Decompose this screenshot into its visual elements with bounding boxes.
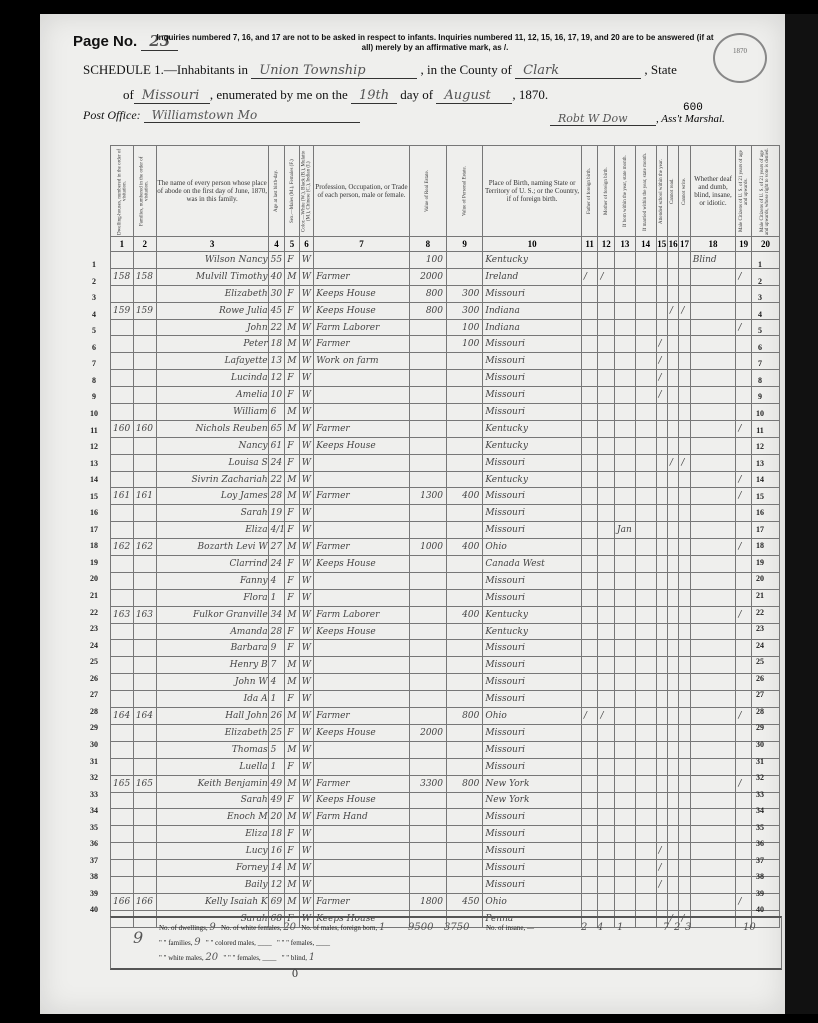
cell-real <box>409 792 446 809</box>
cell-real: 1800 <box>409 893 446 910</box>
cell-c18 <box>690 741 736 758</box>
cell-name: Keith Benjamin <box>156 775 268 792</box>
line-number: 39 <box>84 889 104 898</box>
cell-name: Henry B <box>156 657 268 674</box>
cell-pers <box>447 758 483 775</box>
cell-c17: / <box>679 454 690 471</box>
cell-c11 <box>581 488 598 505</box>
cell-c14 <box>635 826 656 843</box>
cell-name: Forney <box>156 860 268 877</box>
cell-pers <box>447 843 483 860</box>
cell-c17 <box>679 708 690 725</box>
cell-c14 <box>635 404 656 421</box>
cell-c18 <box>690 775 736 792</box>
cell-fam <box>133 437 156 454</box>
cell-c12 <box>598 809 615 826</box>
cell-c18 <box>690 319 736 336</box>
cell-fam <box>133 691 156 708</box>
cell-color: W <box>299 370 314 387</box>
cell-c17 <box>679 640 690 657</box>
line-number: 24 <box>750 641 770 650</box>
line-number: 31 <box>750 757 770 766</box>
cell-sex: F <box>285 285 300 302</box>
cell-pers: 800 <box>447 775 483 792</box>
cell-name: Elizabeth <box>156 724 268 741</box>
line-number: 17 <box>84 525 104 534</box>
cell-dw <box>111 471 134 488</box>
cell-real: 3300 <box>409 775 446 792</box>
cell-c14 <box>635 572 656 589</box>
line-number: 25 <box>84 657 104 666</box>
cell-sex: M <box>285 775 300 792</box>
cell-c16 <box>667 404 678 421</box>
cell-name: Hall John <box>156 708 268 725</box>
cell-sex: M <box>285 876 300 893</box>
column-number-4: 4 <box>268 237 285 252</box>
table-row: Fanny4FWMissouri <box>111 572 780 589</box>
column-header-2: Families, numbered in the order of visit… <box>133 146 156 237</box>
cell-color: W <box>299 674 314 691</box>
cell-c13 <box>615 876 636 893</box>
line-number: 28 <box>84 707 104 716</box>
cell-c15 <box>656 437 667 454</box>
cell-c13 <box>615 843 636 860</box>
cell-birth: Missouri <box>483 657 582 674</box>
cell-real <box>409 826 446 843</box>
cell-name: Lucinda <box>156 370 268 387</box>
column-header-1: Dwelling-houses, numbered in the order o… <box>111 146 134 237</box>
cell-c17 <box>679 370 690 387</box>
cell-fam: 165 <box>133 775 156 792</box>
line-number: 6 <box>750 343 770 352</box>
cell-c18: Blind <box>690 252 736 269</box>
cell-occ <box>314 589 409 606</box>
cell-fam <box>133 724 156 741</box>
table-row: 161161Loy James28MWFarmer1300400Missouri… <box>111 488 780 505</box>
cell-birth: Missouri <box>483 809 582 826</box>
cell-dw <box>111 353 134 370</box>
cell-birth: Missouri <box>483 876 582 893</box>
cell-c17 <box>679 843 690 860</box>
cell-age: 1 <box>268 691 285 708</box>
cell-fam <box>133 454 156 471</box>
cell-occ: Keeps House <box>314 792 409 809</box>
table-row: Barbara9FWMissouri <box>111 640 780 657</box>
cell-c14 <box>635 539 656 556</box>
column-header-10: Place of Birth, naming State or Territor… <box>483 146 582 237</box>
cell-occ: Keeps House <box>314 556 409 573</box>
cell-real <box>409 741 446 758</box>
cell-occ <box>314 860 409 877</box>
footer-mark: 0 <box>292 966 298 981</box>
cell-c18 <box>690 572 736 589</box>
table-row: Enoch M20MWFarm HandMissouri <box>111 809 780 826</box>
cell-c18 <box>690 471 736 488</box>
line-number: 38 <box>750 872 770 881</box>
cell-c13 <box>615 708 636 725</box>
table-row: Lucy16FWMissouri/ <box>111 843 780 860</box>
line-number: 14 <box>750 475 770 484</box>
cell-real <box>409 860 446 877</box>
cell-age: 27 <box>268 539 285 556</box>
cell-c16 <box>667 539 678 556</box>
cell-c12 <box>598 437 615 454</box>
column-header-11: Father of foreign birth. <box>581 146 598 237</box>
table-row: 166166Kelly Isaiah K69MWFarmer1800450Ohi… <box>111 893 780 910</box>
line-number: 7 <box>84 359 104 368</box>
cell-real <box>409 437 446 454</box>
cell-name: Peter <box>156 336 268 353</box>
line-number: 9 <box>84 392 104 401</box>
table-row: 160160Nichols Reuben65MWFarmerKentucky/ <box>111 420 780 437</box>
cell-c12 <box>598 606 615 623</box>
column-number-9: 9 <box>447 237 483 252</box>
cell-age: 20 <box>268 809 285 826</box>
cell-color: W <box>299 353 314 370</box>
cell-pers: 400 <box>447 488 483 505</box>
cell-fam <box>133 556 156 573</box>
cell-c16 <box>667 505 678 522</box>
line-number: 7 <box>750 359 770 368</box>
cell-color: W <box>299 860 314 877</box>
column-number-16: 16 <box>667 237 678 252</box>
cell-c13 <box>615 505 636 522</box>
cell-c17 <box>679 572 690 589</box>
column-header-3: The name of every person whose place of … <box>156 146 268 237</box>
cell-c17 <box>679 488 690 505</box>
cell-c16 <box>667 353 678 370</box>
cell-c17 <box>679 437 690 454</box>
cell-sex: M <box>285 353 300 370</box>
cell-c14 <box>635 623 656 640</box>
cell-sex: F <box>285 522 300 539</box>
cell-c12 <box>598 252 615 269</box>
column-header-17: Cannot write. <box>679 146 690 237</box>
cell-fam <box>133 404 156 421</box>
cell-c18 <box>690 860 736 877</box>
cell-real <box>409 556 446 573</box>
cell-birth: Missouri <box>483 860 582 877</box>
line-number: 3 <box>750 293 770 302</box>
cell-name: Bozarth Levi W <box>156 539 268 556</box>
cell-dw: 163 <box>111 606 134 623</box>
cell-c12 <box>598 556 615 573</box>
cell-sex: F <box>285 572 300 589</box>
cell-c18 <box>690 826 736 843</box>
cell-sex: F <box>285 302 300 319</box>
column-number-18: 18 <box>690 237 736 252</box>
cell-c13 <box>615 370 636 387</box>
cell-c13 <box>615 893 636 910</box>
cell-name: Mulvill Timothy <box>156 268 268 285</box>
cell-c15 <box>656 775 667 792</box>
cell-c11 <box>581 522 598 539</box>
line-number: 15 <box>84 492 104 501</box>
cell-c18 <box>690 724 736 741</box>
cell-c17 <box>679 589 690 606</box>
cell-birth: Missouri <box>483 404 582 421</box>
cell-real: 800 <box>409 285 446 302</box>
cell-c13 <box>615 826 636 843</box>
cell-c15 <box>656 285 667 302</box>
line-number: 33 <box>750 790 770 799</box>
cell-c16 <box>667 285 678 302</box>
cell-color: W <box>299 488 314 505</box>
cell-c12 <box>598 522 615 539</box>
cell-c18 <box>690 454 736 471</box>
cell-pers <box>447 252 483 269</box>
line-number: 27 <box>750 690 770 699</box>
cell-real <box>409 606 446 623</box>
cell-pers: 400 <box>447 539 483 556</box>
cell-c14 <box>635 741 656 758</box>
cell-c13 <box>615 454 636 471</box>
table-row: Amanda28FWKeeps HouseKentucky <box>111 623 780 640</box>
cell-name: Lucy <box>156 843 268 860</box>
cell-c12 <box>598 860 615 877</box>
cell-c13 <box>615 572 636 589</box>
cell-color: W <box>299 454 314 471</box>
cell-birth: New York <box>483 792 582 809</box>
cell-c18 <box>690 539 736 556</box>
cell-pers: 300 <box>447 285 483 302</box>
cell-pers <box>447 860 483 877</box>
cell-name: William <box>156 404 268 421</box>
line-number: 5 <box>84 326 104 335</box>
cell-occ <box>314 674 409 691</box>
line-number: 16 <box>750 508 770 517</box>
cell-sex: M <box>285 657 300 674</box>
cell-c13 <box>615 556 636 573</box>
cell-c14 <box>635 302 656 319</box>
column-header-5: Sex.—Males (M.), Females (F.) <box>285 146 300 237</box>
cell-c11 <box>581 556 598 573</box>
cell-occ <box>314 657 409 674</box>
summary-dwelling-total: 9 <box>133 928 143 947</box>
cell-occ: Farmer <box>314 420 409 437</box>
cell-color: W <box>299 471 314 488</box>
cell-real <box>409 708 446 725</box>
line-number: 13 <box>750 459 770 468</box>
cell-occ: Farmer <box>314 336 409 353</box>
cell-birth: Missouri <box>483 336 582 353</box>
line-number: 36 <box>750 839 770 848</box>
cell-age: 55 <box>268 252 285 269</box>
line-number: 19 <box>84 558 104 567</box>
cell-c15 <box>656 268 667 285</box>
cell-c16 <box>667 589 678 606</box>
cell-birth: Kentucky <box>483 623 582 640</box>
cell-occ <box>314 572 409 589</box>
cell-age: 65 <box>268 420 285 437</box>
cell-birth: Missouri <box>483 640 582 657</box>
cell-age: 18 <box>268 826 285 843</box>
cell-occ: Farmer <box>314 488 409 505</box>
cell-c18 <box>690 623 736 640</box>
cell-occ: Keeps House <box>314 285 409 302</box>
cell-birth: Kentucky <box>483 437 582 454</box>
page-label: Page No. <box>73 33 137 50</box>
cell-c16: / <box>667 454 678 471</box>
cell-c11 <box>581 471 598 488</box>
cell-c11 <box>581 623 598 640</box>
cell-pers <box>447 623 483 640</box>
cell-color: W <box>299 556 314 573</box>
cell-c13 <box>615 775 636 792</box>
cell-c14 <box>635 640 656 657</box>
line-number: 12 <box>84 442 104 451</box>
cell-c15 <box>656 724 667 741</box>
cell-dw <box>111 319 134 336</box>
cell-c12 <box>598 488 615 505</box>
cell-birth: Indiana <box>483 302 582 319</box>
cell-real <box>409 623 446 640</box>
cell-c13 <box>615 606 636 623</box>
cell-real <box>409 589 446 606</box>
cell-occ: Farmer <box>314 539 409 556</box>
cell-sex: M <box>285 268 300 285</box>
cell-pers: 300 <box>447 302 483 319</box>
cell-real: 1000 <box>409 539 446 556</box>
line-number: 24 <box>84 641 104 650</box>
cell-c13 <box>615 471 636 488</box>
cell-c14 <box>635 505 656 522</box>
table-row: Peter18MWFarmer100Missouri/ <box>111 336 780 353</box>
cell-occ <box>314 876 409 893</box>
cell-fam <box>133 252 156 269</box>
cell-real <box>409 522 446 539</box>
cell-fam <box>133 370 156 387</box>
column-header-7: Profession, Occupation, or Trade of each… <box>314 146 409 237</box>
cell-real <box>409 370 446 387</box>
cell-occ <box>314 691 409 708</box>
inquiries-note: Inquiries numbered 7, 16, and 17 are not… <box>155 33 715 53</box>
cell-c13 <box>615 657 636 674</box>
cell-dw <box>111 252 134 269</box>
cell-color: W <box>299 437 314 454</box>
table-row: Clarrind24FWKeeps HouseCanada West <box>111 556 780 573</box>
cell-c14 <box>635 606 656 623</box>
cell-c12 <box>598 454 615 471</box>
cell-c13 <box>615 809 636 826</box>
cell-pers <box>447 404 483 421</box>
cell-age: 40 <box>268 268 285 285</box>
cell-fam <box>133 572 156 589</box>
line-number: 21 <box>84 591 104 600</box>
cell-real <box>409 336 446 353</box>
cell-pers <box>447 691 483 708</box>
cell-c14 <box>635 268 656 285</box>
cell-c11 <box>581 420 598 437</box>
cell-c12 <box>598 387 615 404</box>
cell-c18 <box>690 792 736 809</box>
line-number: 6 <box>84 343 104 352</box>
line-number: 36 <box>84 839 104 848</box>
cell-pers <box>447 674 483 691</box>
cell-color: W <box>299 809 314 826</box>
line-number: 22 <box>750 608 770 617</box>
cell-age: 13 <box>268 353 285 370</box>
cell-color: W <box>299 268 314 285</box>
cell-c13 <box>615 353 636 370</box>
cell-dw <box>111 876 134 893</box>
cell-occ <box>314 505 409 522</box>
cell-c16 <box>667 724 678 741</box>
cell-pers <box>447 809 483 826</box>
cell-dw: 158 <box>111 268 134 285</box>
cell-sex: M <box>285 539 300 556</box>
cell-real <box>409 691 446 708</box>
cell-dw <box>111 809 134 826</box>
cell-sex: F <box>285 437 300 454</box>
cell-c16: / <box>667 302 678 319</box>
cell-real <box>409 454 446 471</box>
cell-c14 <box>635 420 656 437</box>
cell-fam <box>133 285 156 302</box>
column-number-8: 8 <box>409 237 446 252</box>
cell-c12 <box>598 741 615 758</box>
cell-real <box>409 505 446 522</box>
cell-c16 <box>667 336 678 353</box>
cell-pers <box>447 454 483 471</box>
cell-sex: F <box>285 691 300 708</box>
cell-sex: M <box>285 404 300 421</box>
cell-c17 <box>679 285 690 302</box>
column-header-15: Attended school within the year. <box>656 146 667 237</box>
cell-age: 26 <box>268 708 285 725</box>
table-row: Nancy61FWKeeps HouseKentucky <box>111 437 780 454</box>
line-number: 30 <box>750 740 770 749</box>
cell-name: Thomas <box>156 741 268 758</box>
cell-birth: Missouri <box>483 488 582 505</box>
cell-c18 <box>690 893 736 910</box>
cell-c11 <box>581 404 598 421</box>
cell-c16 <box>667 691 678 708</box>
cell-occ <box>314 826 409 843</box>
cell-c15 <box>656 471 667 488</box>
cell-c18 <box>690 420 736 437</box>
cell-c15 <box>656 572 667 589</box>
cell-name: Amelia <box>156 387 268 404</box>
cell-color: W <box>299 792 314 809</box>
cell-c18 <box>690 353 736 370</box>
line-number: 11 <box>84 426 104 435</box>
cell-sex: M <box>285 336 300 353</box>
cell-c14 <box>635 319 656 336</box>
cell-age: 28 <box>268 623 285 640</box>
cell-c14 <box>635 437 656 454</box>
line-number: 13 <box>84 459 104 468</box>
cell-pers: 400 <box>447 606 483 623</box>
cell-sex: F <box>285 758 300 775</box>
cell-sex: F <box>285 252 300 269</box>
cell-pers <box>447 420 483 437</box>
line-number: 14 <box>84 475 104 484</box>
cell-c11 <box>581 893 598 910</box>
line-number: 35 <box>750 823 770 832</box>
cell-birth: Missouri <box>483 370 582 387</box>
cell-c14 <box>635 387 656 404</box>
cell-c12 <box>598 657 615 674</box>
cell-c18 <box>690 606 736 623</box>
archive-stamp: 1870 <box>713 33 767 83</box>
column-number-10: 10 <box>483 237 582 252</box>
cell-color: W <box>299 336 314 353</box>
cell-c12 <box>598 285 615 302</box>
cell-name: Louisa S <box>156 454 268 471</box>
cell-fam <box>133 674 156 691</box>
cell-age: 4/12 <box>268 522 285 539</box>
